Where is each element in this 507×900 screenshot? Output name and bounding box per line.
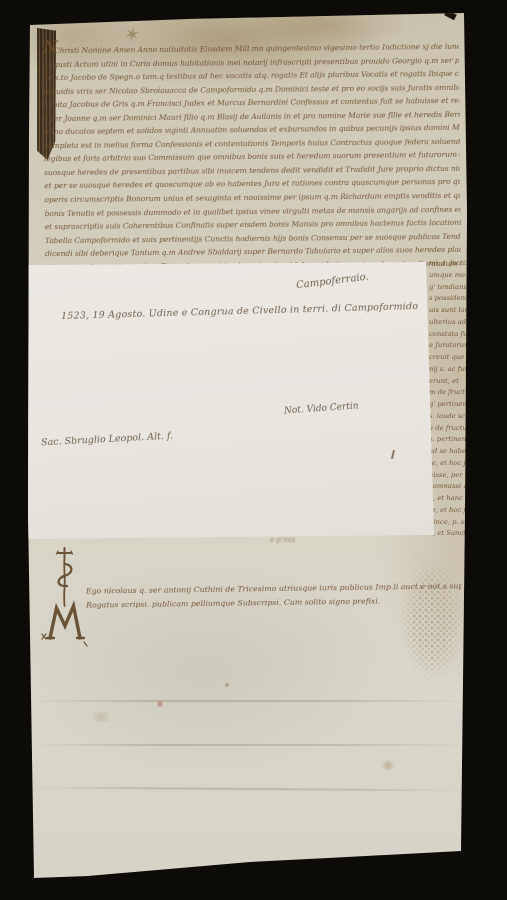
margin-fragment: commissi queq. <box>429 481 466 493</box>
ink-stain <box>88 712 114 722</box>
notarial-sign-icon <box>40 546 92 652</box>
margin-fragment: creuit que <box>429 352 466 364</box>
margin-fragment: a de fructu <box>429 423 466 435</box>
fold-crease <box>28 744 468 746</box>
ink-stain <box>224 682 230 688</box>
notary-attestation-block: Ego nicolaus q. ser antonij Cuthini de T… <box>86 579 462 611</box>
margin-fragment: m de fructu <box>429 387 466 399</box>
margin-fragment: uis sunt laude <box>429 305 466 317</box>
ink-stain <box>156 700 164 708</box>
margin-fragment: uince, p. se not. <box>429 517 466 529</box>
pen-tick-mark <box>391 450 395 459</box>
notary-signature-note: Not. Vido Certin <box>284 401 359 416</box>
margin-fragment: constata futura <box>429 329 466 341</box>
manuscript-text-block: Christi Nomine Amen Anno natiuitatis Eiu… <box>43 40 461 275</box>
margin-fragment: ulterius ad se <box>429 317 466 329</box>
faint-ink-fragment: e p'mis <box>270 536 295 544</box>
margin-fragment: mi, s. factis <box>429 258 466 270</box>
margin-fragment: s. pertinentijs q. <box>429 434 466 446</box>
margin-fragment: umque melius <box>429 270 466 282</box>
photograph-background: { "scene": { "description_label": "Parch… <box>0 0 507 900</box>
fold-crease <box>28 786 468 791</box>
parchment-follicle-texture <box>400 560 464 682</box>
margin-fragment: ad se habent <box>429 446 466 458</box>
margin-fragment: a, et hanc <box>429 493 466 505</box>
right-margin-text-fragments: mi, s. factisumque meliusg' tendianss po… <box>429 258 466 540</box>
margin-fragment: g' pertinentijs <box>429 399 466 411</box>
margin-fragment: a Juratorum <box>429 340 466 352</box>
fold-crease <box>28 700 468 702</box>
margin-fragment: te, et hoc furtiu <box>429 505 466 517</box>
archive-heading-note: Campoferraio. <box>296 272 370 292</box>
margin-fragment: erunt, et <box>429 376 466 388</box>
parchment-document: ✶ N Christi Nomine Amen Anno natiuitatis… <box>28 12 468 880</box>
margin-fragment: s possidentis <box>429 293 466 305</box>
margin-fragment: g' tendians <box>429 282 466 294</box>
margin-fragment: uisse, per se not. <box>429 470 466 482</box>
archival-slip: Campoferraio. 1523, 19 Agosto. Udine e C… <box>28 262 434 539</box>
margin-fragment: a, et Sanctis <box>429 528 466 540</box>
margin-fragment: s. laude scripti a <box>429 411 466 423</box>
reference-note: Sac. Sbruglio Leopol. Alt. f. <box>41 431 174 449</box>
margin-fragment: nij s. ac futuris <box>429 364 466 376</box>
ink-stain <box>380 760 396 771</box>
corner-tear-mark <box>444 10 457 20</box>
margin-fragment: te, et hoc justo <box>429 458 466 470</box>
date-annotation: 1523, 19 Agosto. Udine e Congrua de Cive… <box>61 301 418 322</box>
